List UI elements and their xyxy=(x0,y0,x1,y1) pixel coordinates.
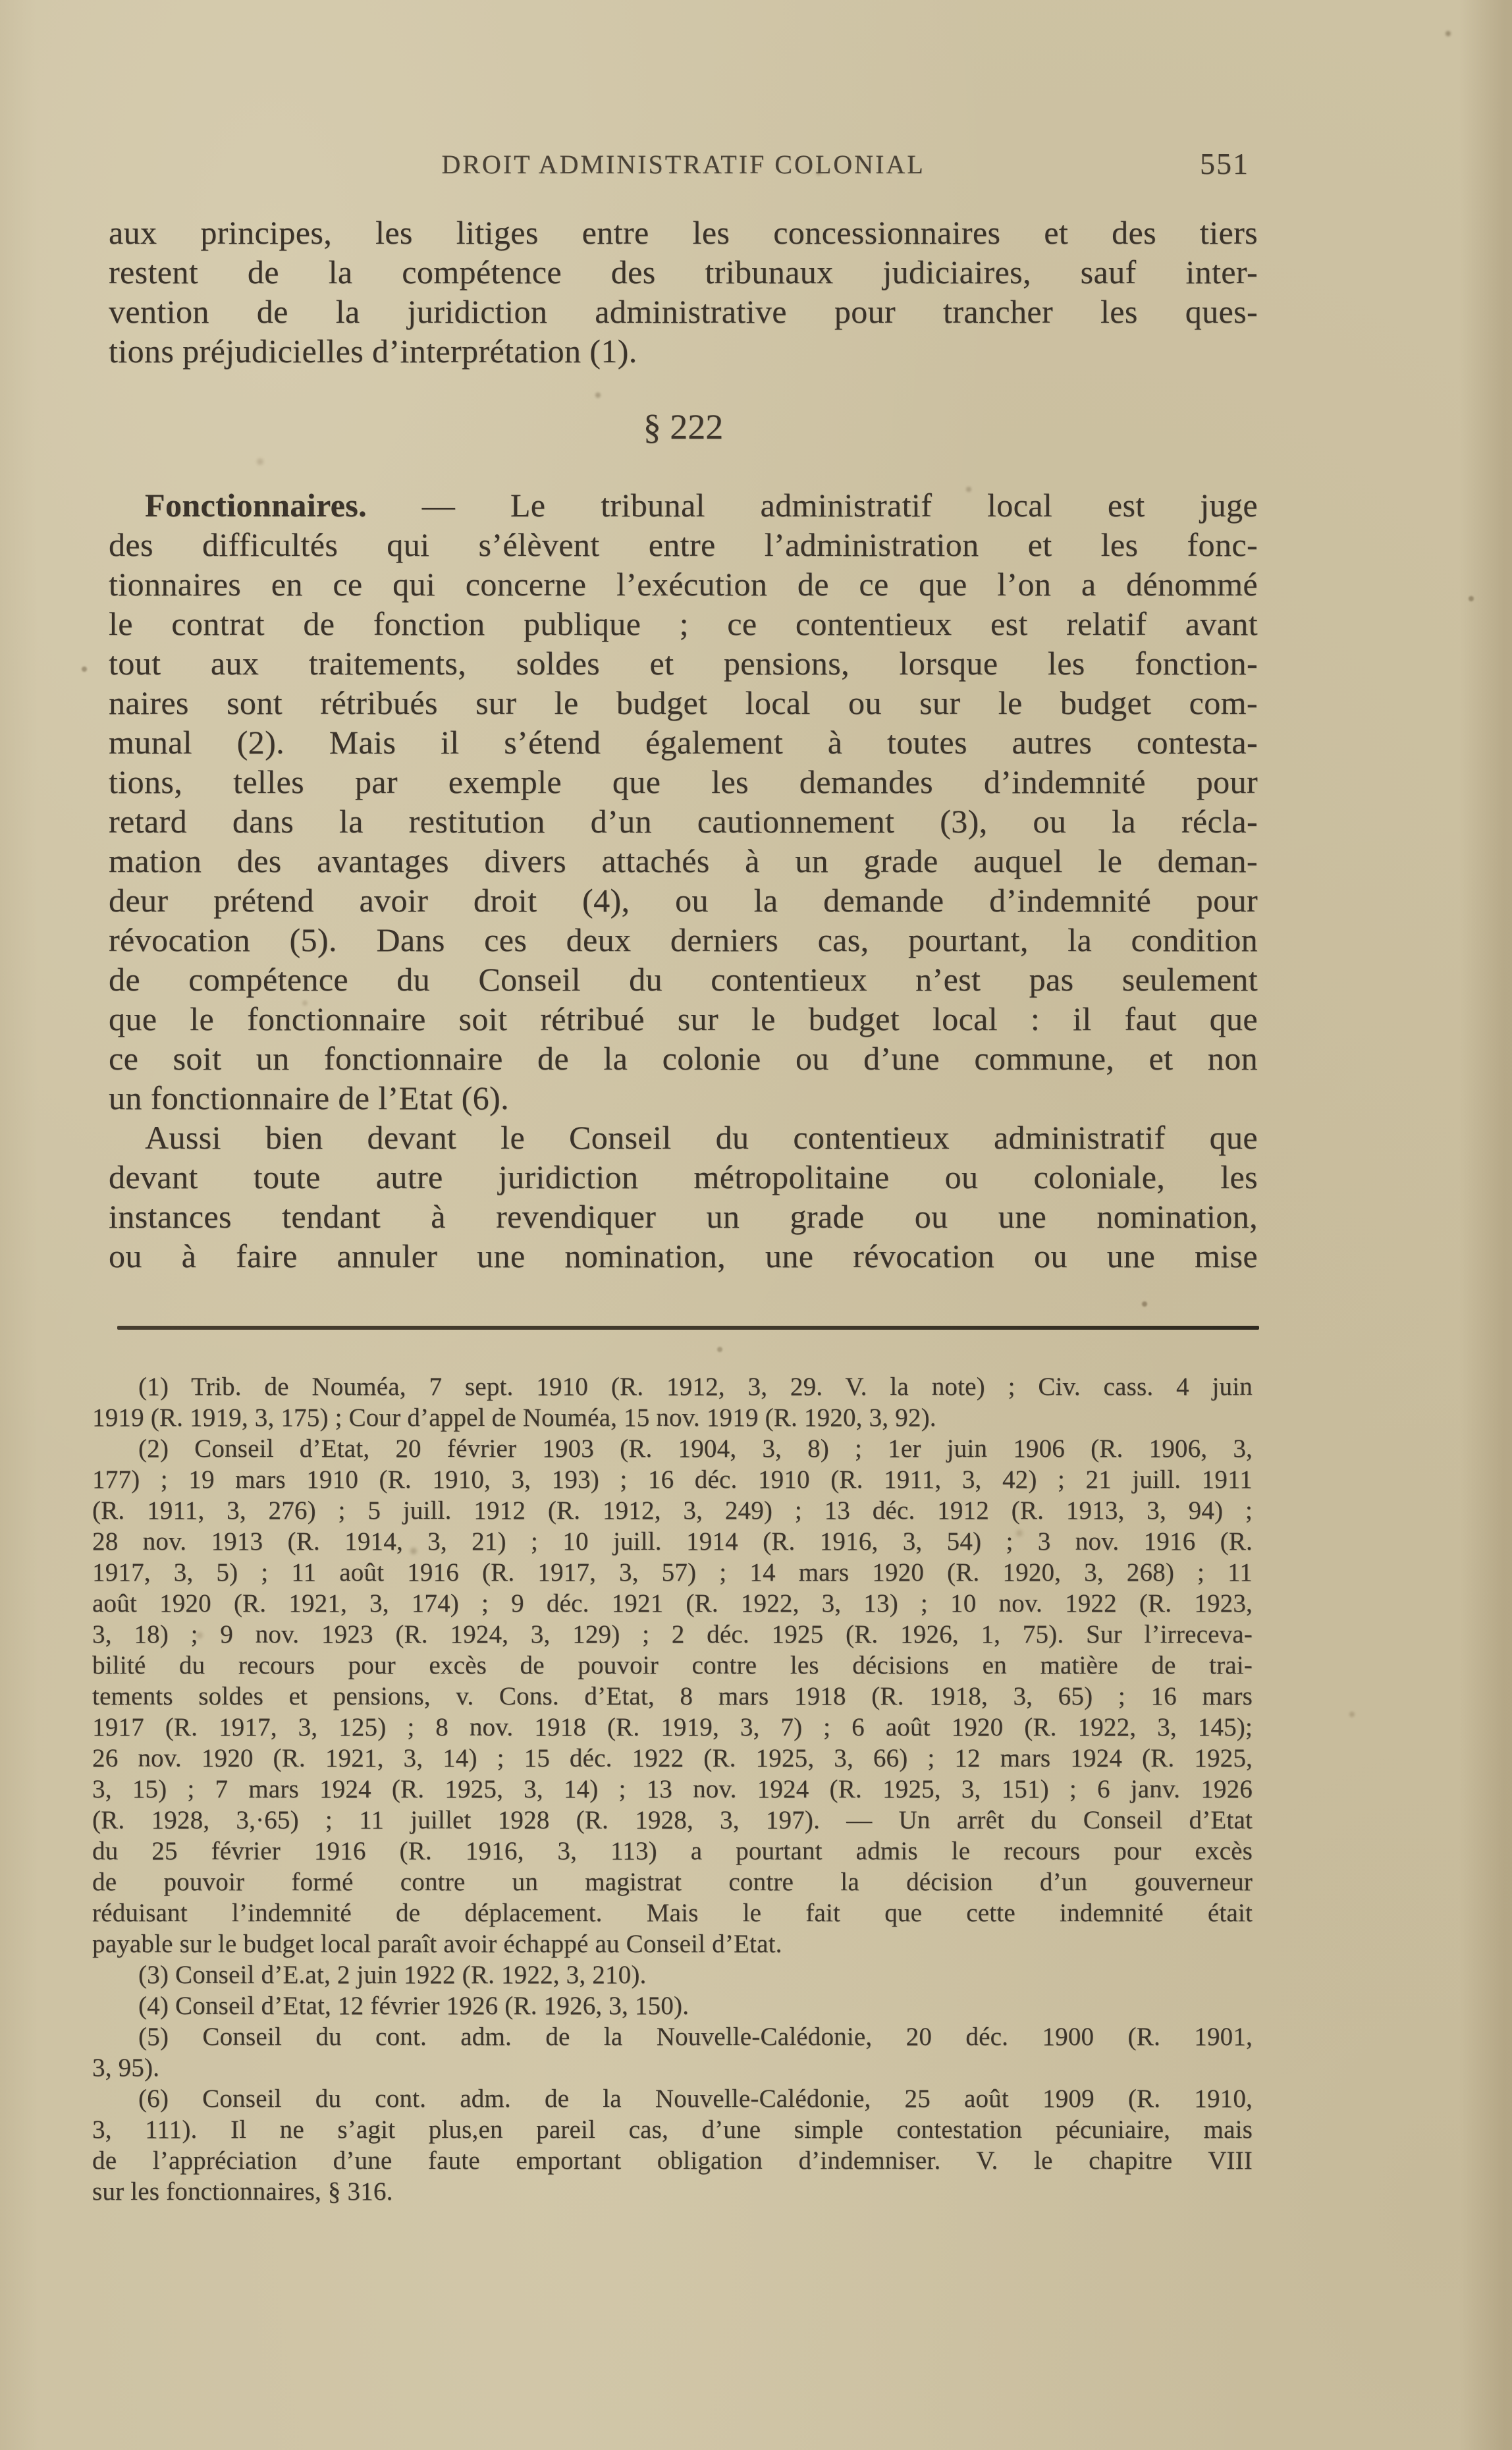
text-line: tionnaires en ce qui concerne l’exécutio… xyxy=(109,564,1258,604)
text-line: 3, 18) ; 9 nov. 1923 (R. 1924, 3, 129) ;… xyxy=(92,1619,1253,1650)
footnote-5: (5) Conseil du cont. adm. de la Nouvelle… xyxy=(92,2021,1253,2083)
text-line: ou à faire annuler une nomination, une r… xyxy=(109,1236,1258,1276)
text-line: des difficultés qui s’élèvent entre l’ad… xyxy=(109,525,1258,564)
text-line: (4) Conseil d’Etat, 12 février 1926 (R. … xyxy=(92,1990,1253,2021)
text-line: naires sont rétribués sur le budget loca… xyxy=(109,683,1258,722)
text-line: le contrat de fonction publique ; ce con… xyxy=(109,604,1258,643)
text-line: de l’appréciation d’une faute emportant … xyxy=(92,2145,1253,2176)
footnotes-section: (1) Trib. de Nouméa, 7 sept. 1910 (R. 19… xyxy=(92,1371,1253,2207)
text-line: instances tendant à revendiquer un grade… xyxy=(109,1197,1258,1236)
footnote-4: (4) Conseil d’Etat, 12 février 1926 (R. … xyxy=(92,1990,1253,2021)
text-line: 3, 111). Il ne s’agit plus,en pareil cas… xyxy=(92,2114,1253,2145)
text-line: de pouvoir formé contre un magistrat con… xyxy=(92,1866,1253,1897)
text-line: (2) Conseil d’Etat, 20 février 1903 (R. … xyxy=(92,1433,1253,1464)
text-line: deur prétend avoir droit (4), ou la dema… xyxy=(109,881,1258,920)
paragraph-aussi-bien: Aussi bien devant le Conseil du contenti… xyxy=(109,1118,1258,1276)
text-line: (6) Conseil du cont. adm. de la Nouvelle… xyxy=(92,2083,1253,2114)
text-line: mation des avantages divers attachés à u… xyxy=(109,841,1258,881)
footnote-3: (3) Conseil d’E.at, 2 juin 1922 (R. 1922… xyxy=(92,1959,1253,1990)
text-line: 177) ; 19 mars 1910 (R. 1910, 3, 193) ; … xyxy=(92,1464,1253,1495)
text-line: tout aux traitements, soldes et pensions… xyxy=(109,643,1258,683)
section-heading: § 222 xyxy=(109,402,1258,451)
text-line: 28 nov. 1913 (R. 1914, 3, 21) ; 10 juill… xyxy=(92,1526,1253,1557)
paragraph-fonctionnaires: Fonctionnaires. — Le tribunal administra… xyxy=(109,485,1258,1118)
running-header-title: DROIT ADMINISTRATIF COLONIAL xyxy=(109,148,1258,182)
text-line: 1917 (R. 1917, 3, 125) ; 8 nov. 1918 (R.… xyxy=(92,1712,1253,1743)
paragraph-first-line-rest: — Le tribunal administratif local est ju… xyxy=(422,487,1258,524)
footnote-2: (2) Conseil d’Etat, 20 février 1903 (R. … xyxy=(92,1433,1253,1959)
text-line: devant toute autre juridiction métropoli… xyxy=(109,1157,1258,1197)
text-line: tements soldes et pensions, v. Cons. d’E… xyxy=(92,1681,1253,1712)
text-line: révocation (5). Dans ces deux derniers c… xyxy=(109,920,1258,960)
text-line: août 1920 (R. 1921, 3, 174) ; 9 déc. 192… xyxy=(92,1588,1253,1619)
text-line: réduisant l’indemnité de déplacement. Ma… xyxy=(92,1897,1253,1928)
text-line: 3, 15) ; 7 mars 1924 (R. 1925, 3, 14) ; … xyxy=(92,1774,1253,1805)
text-line: vention de la juridiction administrative… xyxy=(109,292,1258,331)
text-line: sur les fonctionnaires, § 316. xyxy=(92,2176,1253,2207)
text-line: bilité du recours pour excès de pouvoir … xyxy=(92,1650,1253,1681)
text-line: 3, 95). xyxy=(92,2052,1253,2083)
text-line: (3) Conseil d’E.at, 2 juin 1922 (R. 1922… xyxy=(92,1959,1253,1990)
text-line: aux principes, les litiges entre les con… xyxy=(109,213,1258,252)
footnote-1: (1) Trib. de Nouméa, 7 sept. 1910 (R. 19… xyxy=(92,1371,1253,1433)
text-line: (1) Trib. de Nouméa, 7 sept. 1910 (R. 19… xyxy=(92,1371,1253,1402)
text-line: payable sur le budget local paraît avoir… xyxy=(92,1928,1253,1959)
text-line: (R. 1911, 3, 276) ; 5 juill. 1912 (R. 19… xyxy=(92,1495,1253,1526)
paper-specks-decoration xyxy=(0,0,4,4)
text-line: 1919 (R. 1919, 3, 175) ; Cour d’appel de… xyxy=(92,1402,1253,1433)
paragraph-first-line: Fonctionnaires. — Le tribunal administra… xyxy=(109,485,1258,525)
footnote-separator-rule xyxy=(117,1326,1259,1330)
text-line: Aussi bien devant le Conseil du contenti… xyxy=(109,1118,1258,1157)
text-line: (R. 1928, 3,·65) ; 11 juillet 1928 (R. 1… xyxy=(92,1805,1253,1836)
book-page-scan: DROIT ADMINISTRATIF COLONIAL 551 aux pri… xyxy=(0,0,1512,2450)
text-line: ce soit un fonctionnaire de la colonie o… xyxy=(109,1039,1258,1078)
text-line: munal (2). Mais il s’étend également à t… xyxy=(109,722,1258,762)
text-line: 1917, 3, 5) ; 11 août 1916 (R. 1917, 3, … xyxy=(92,1557,1253,1588)
page-number: 551 xyxy=(1200,146,1272,182)
text-line: de compétence du Conseil du contentieux … xyxy=(109,960,1258,999)
paragraph-lead-word: Fonctionnaires. xyxy=(145,487,367,524)
text-line: un fonctionnaire de l’Etat (6). xyxy=(109,1078,1258,1118)
footnote-6: (6) Conseil du cont. adm. de la Nouvelle… xyxy=(92,2083,1253,2207)
text-line: que le fonctionnaire soit rétribué sur l… xyxy=(109,999,1258,1039)
text-line: 26 nov. 1920 (R. 1921, 3, 14) ; 15 déc. … xyxy=(92,1743,1253,1774)
text-line: retard dans la restitution d’un cautionn… xyxy=(109,802,1258,841)
paragraph-continuation: aux principes, les litiges entre les con… xyxy=(109,213,1258,371)
text-line: tions, telles par exemple que les demand… xyxy=(109,762,1258,802)
text-line: restent de la compétence des tribunaux j… xyxy=(109,252,1258,292)
text-line: (5) Conseil du cont. adm. de la Nouvelle… xyxy=(92,2021,1253,2052)
text-line: tions préjudicielles d’interprétation (1… xyxy=(109,331,1258,371)
text-line: du 25 février 1916 (R. 1916, 3, 113) a p… xyxy=(92,1836,1253,1866)
